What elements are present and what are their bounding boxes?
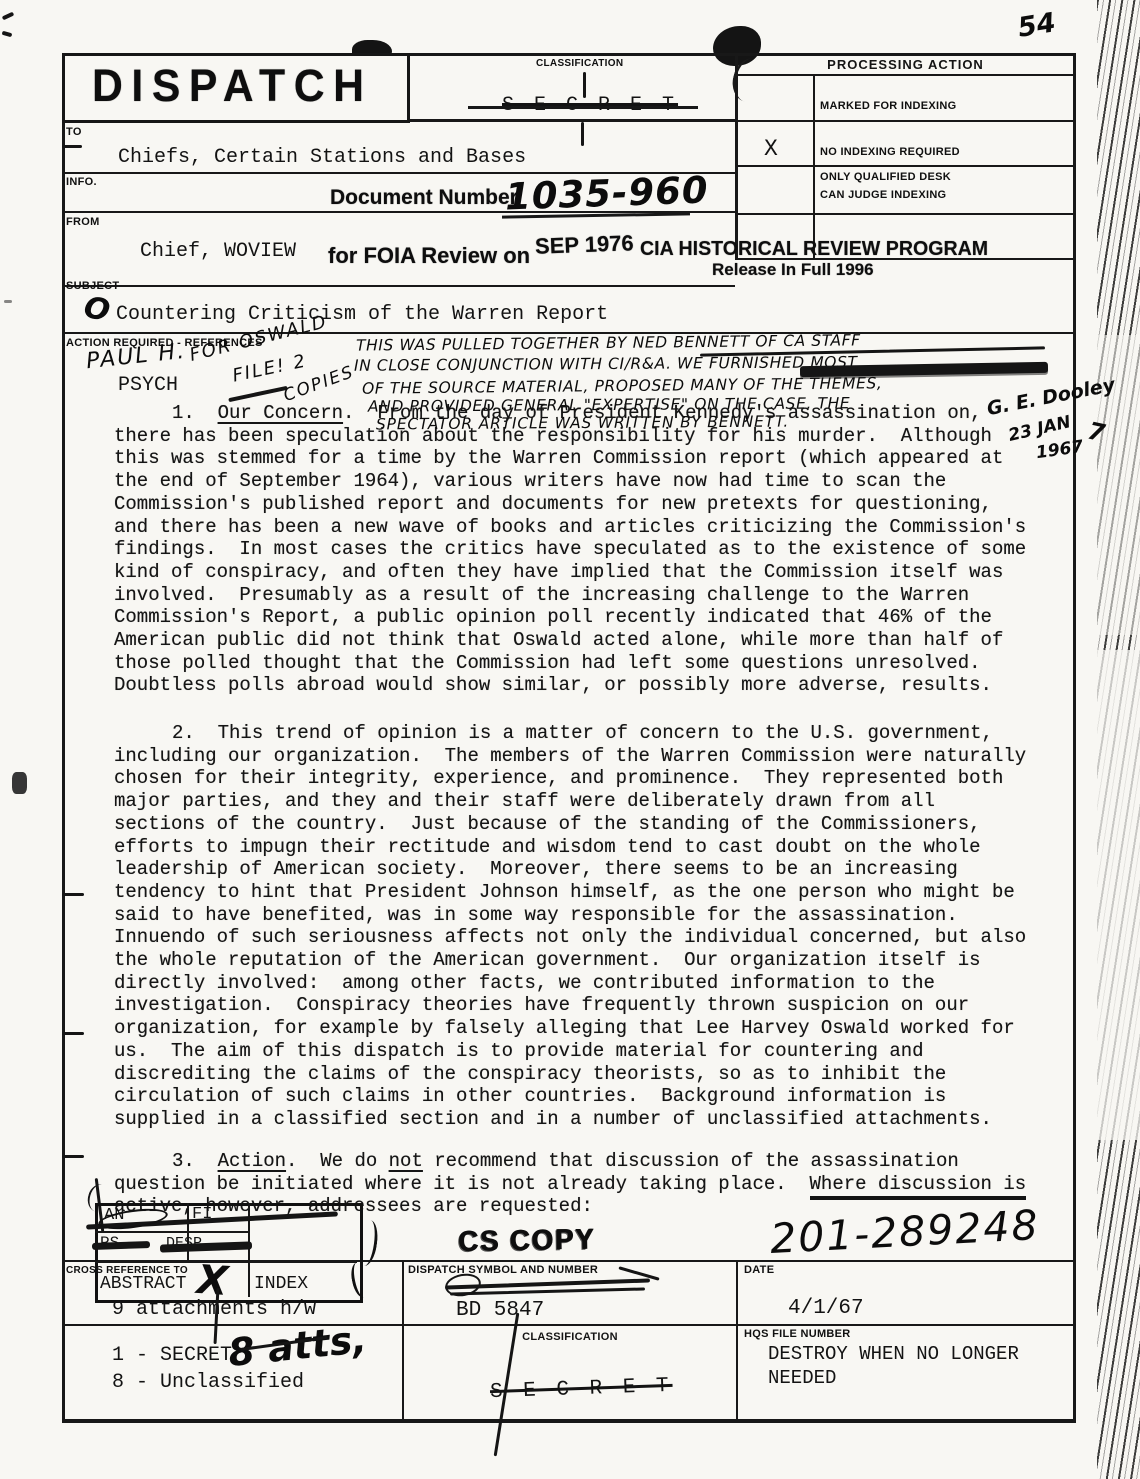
processing-row-line — [735, 165, 1076, 167]
para3-heading: Action — [218, 1150, 286, 1172]
para3-number: 3. — [172, 1150, 218, 1172]
annotation-file-underline — [228, 386, 288, 402]
date-value: 4/1/67 — [788, 1297, 864, 1320]
classification-cell-line — [410, 119, 735, 122]
document-number-label: Document Number — [330, 186, 518, 210]
classification-label-bottom: CLASSIFICATION — [404, 1331, 736, 1343]
page-corner-number: 54 — [1016, 7, 1058, 43]
date-label: DATE — [744, 1264, 774, 1276]
para1-number: 1. — [172, 402, 218, 424]
edge-mark — [4, 300, 12, 303]
margin-tick — [62, 893, 84, 896]
subject-value: Countering Criticism of the Warren Repor… — [116, 303, 608, 326]
row-marked-for-indexing: MARKED FOR INDEXING — [820, 100, 956, 112]
signature-date-year: 1967 — [1035, 437, 1085, 463]
processing-col-divider — [813, 74, 815, 258]
from-row-line — [62, 285, 735, 287]
edge-mark — [2, 31, 13, 37]
foia-review-stamp: for FOIA Review on — [328, 243, 530, 269]
paragraph-2: 2. This trend of opinion is a matter of … — [114, 722, 1034, 1131]
margin-tick — [62, 1155, 84, 1158]
secret-struck-bottom: S E C R E T — [490, 1375, 673, 1404]
processing-box-left — [735, 53, 738, 258]
row-can-judge-indexing: CAN JUDGE INDEXING — [820, 189, 946, 201]
dispatch-symbol-label: DISPATCH SYMBOL AND NUMBER — [408, 1264, 598, 1276]
info-label: INFO. — [66, 176, 97, 188]
hand-note-line: IN CLOSE CONJUNCTION WITH CI/R&A. WE FUR… — [354, 353, 858, 375]
form-border-left — [62, 53, 65, 1423]
hqs-file-value-line1: DESTROY WHEN NO LONGER — [768, 1343, 1019, 1365]
annotation-psych: PSYCH — [118, 374, 178, 397]
footer-col-divider-2 — [736, 1260, 738, 1420]
para1-text: . From the day of President Kennedy's as… — [114, 402, 1038, 696]
processing-row-line — [735, 213, 1076, 215]
routing-index: INDEX — [254, 1274, 308, 1294]
from-label: FROM — [66, 216, 100, 228]
margin-tick — [62, 145, 82, 148]
classification-label-top: CLASSIFICATION — [536, 58, 623, 69]
dispatch-symbol-value: BD 5847 — [456, 1299, 544, 1322]
row-only-qualified-desk: ONLY QUALIFIED DESK — [820, 171, 951, 183]
scan-edge-fade — [1097, 650, 1140, 1140]
historical-review-stamp: CIA HISTORICAL REVIEW PROGRAM — [640, 238, 988, 261]
para2-text: 2. This trend of opinion is a matter of … — [114, 722, 1038, 1130]
routing-abstract: ABSTRACT — [100, 1274, 186, 1294]
release-in-full-stamp: Release In Full 1996 — [712, 260, 874, 280]
edge-mark — [2, 12, 15, 21]
attachments-note: 9 attachments h/w — [112, 1298, 316, 1321]
fold-mark — [581, 122, 584, 146]
routing-box-divider — [95, 1231, 248, 1233]
para3-not-word: not — [389, 1150, 423, 1172]
form-border-bottom — [62, 1419, 1076, 1423]
para1-heading: Our Concern — [218, 402, 343, 424]
hqs-file-value-line2: NEEDED — [768, 1367, 836, 1389]
copy-count-secret: 1 - SECRET — [112, 1344, 232, 1367]
indexing-x-mark: X — [764, 136, 778, 162]
processing-action-header: PROCESSING ACTION — [738, 57, 1073, 72]
hqs-file-label: HQS FILE NUMBER — [744, 1328, 851, 1340]
row-no-indexing-required: NO INDEXING REQUIRED — [820, 146, 960, 158]
scanned-dispatch-document: 54 DISPATCH CLASSIFICATION S E C R E T P… — [0, 0, 1140, 1479]
subject-hand-mark: O — [80, 289, 113, 329]
dispatch-title: DISPATCH — [92, 60, 373, 112]
processing-row-line — [735, 120, 1076, 122]
foia-date-stamp: SEP 1976 — [535, 230, 635, 259]
para3-text-1: . We do — [286, 1150, 389, 1172]
processing-row-line — [735, 74, 1076, 76]
scrawl-strike — [450, 1287, 645, 1295]
margin-tick — [62, 1032, 84, 1035]
info-row-line — [62, 211, 735, 213]
to-label: TO — [66, 126, 82, 138]
cs-copy-stamp: CS COPY — [458, 1224, 596, 1259]
from-value: Chief, WOVIEW — [140, 240, 296, 263]
ink-smudge — [12, 772, 27, 794]
para3-hand-underlined-phrase: Where discussion is — [810, 1173, 1027, 1200]
copy-count-unclassified: 8 - Unclassified — [112, 1371, 304, 1394]
paragraph-1: 1. Our Concern. From the day of Presiden… — [114, 402, 1034, 697]
secret-strike-line — [468, 106, 698, 109]
to-value: Chiefs, Certain Stations and Bases — [118, 146, 526, 169]
